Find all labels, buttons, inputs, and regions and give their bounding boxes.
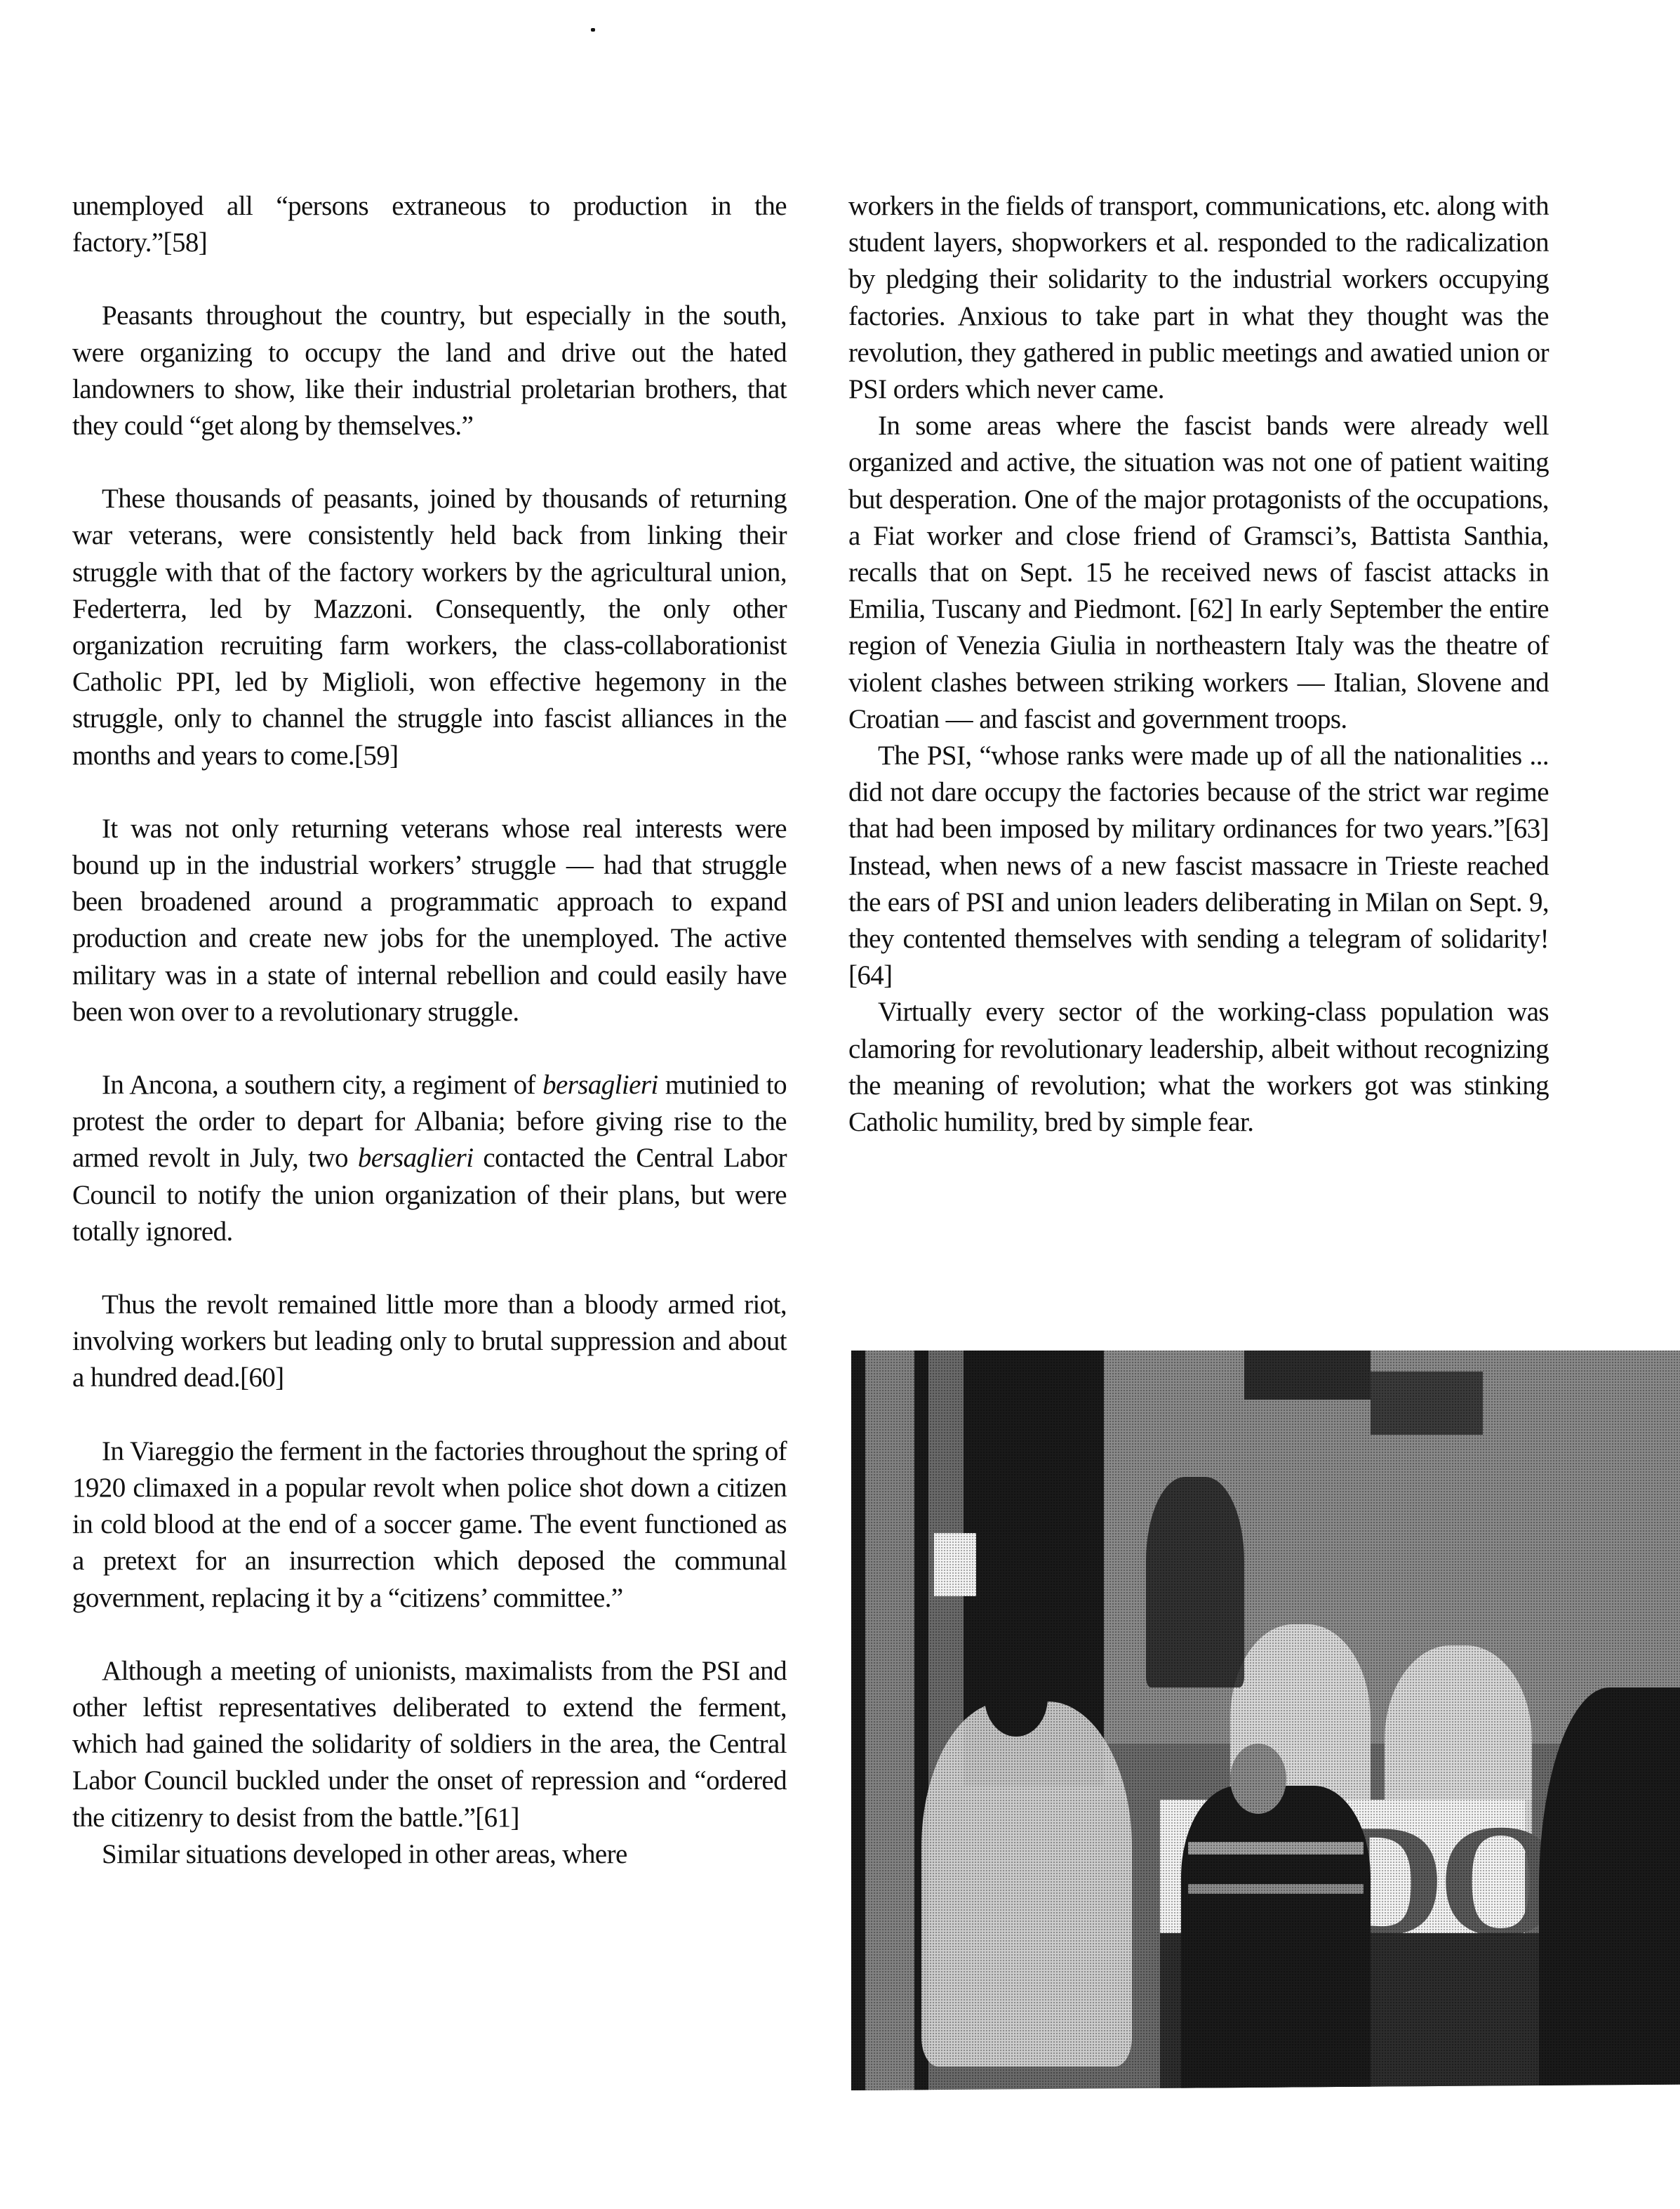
photo-wall-sign [934,1533,976,1596]
print-speck [591,28,595,32]
italic-term: bersaglieri [358,1143,474,1173]
paragraph: Although a meeting of unionists, maximal… [72,1653,787,1836]
paragraph: unemployed all “persons extraneous to pr… [72,188,787,261]
paragraph: Peasants throughout the country, but esp… [72,298,787,444]
paragraph: Virtually every sector of the working-cl… [848,994,1549,1141]
photo-dark-ceiling [1244,1351,1371,1400]
paragraph: workers in the fields of transport, comm… [848,188,1549,408]
left-column: unemployed all “persons extraneous to pr… [72,188,787,1873]
paragraph: In some areas where the fascist bands we… [848,408,1549,738]
photo-sweater-stripe [1188,1884,1364,1894]
photo-dark-figure [1539,1687,1680,2090]
paragraph: These thousands of peasants, joined by t… [72,481,787,774]
paragraph: The PSI, “whose ranks were made up of al… [848,738,1549,994]
photo-man-sweater [1181,1786,1371,2090]
right-column: workers in the fields of transport, comm… [848,188,1549,1141]
paragraph: Similar situations developed in other ar… [72,1836,787,1873]
paragraph: Thus the revolt remained little more tha… [72,1287,787,1397]
paragraph: It was not only returning veterans whose… [72,811,787,1030]
paragraph: In Viareggio the ferment in the factorie… [72,1433,787,1617]
photo-standing-figure [1146,1477,1244,1687]
paragraph-text: In Ancona, a southern city, a regiment o… [102,1070,542,1100]
paragraph: In Ancona, a southern city, a regiment o… [72,1067,787,1250]
photo-lamps [1371,1372,1483,1435]
italic-term: bersaglieri [542,1070,658,1100]
photo-man-jacket [921,1701,1132,2067]
photo-door-frame [865,1351,914,2090]
photo-sweater-stripe [1188,1842,1364,1855]
halftone-photograph: DO [851,1351,1680,2090]
photo-man-head [1230,1744,1286,1814]
photo-man-head [985,1659,1048,1737]
